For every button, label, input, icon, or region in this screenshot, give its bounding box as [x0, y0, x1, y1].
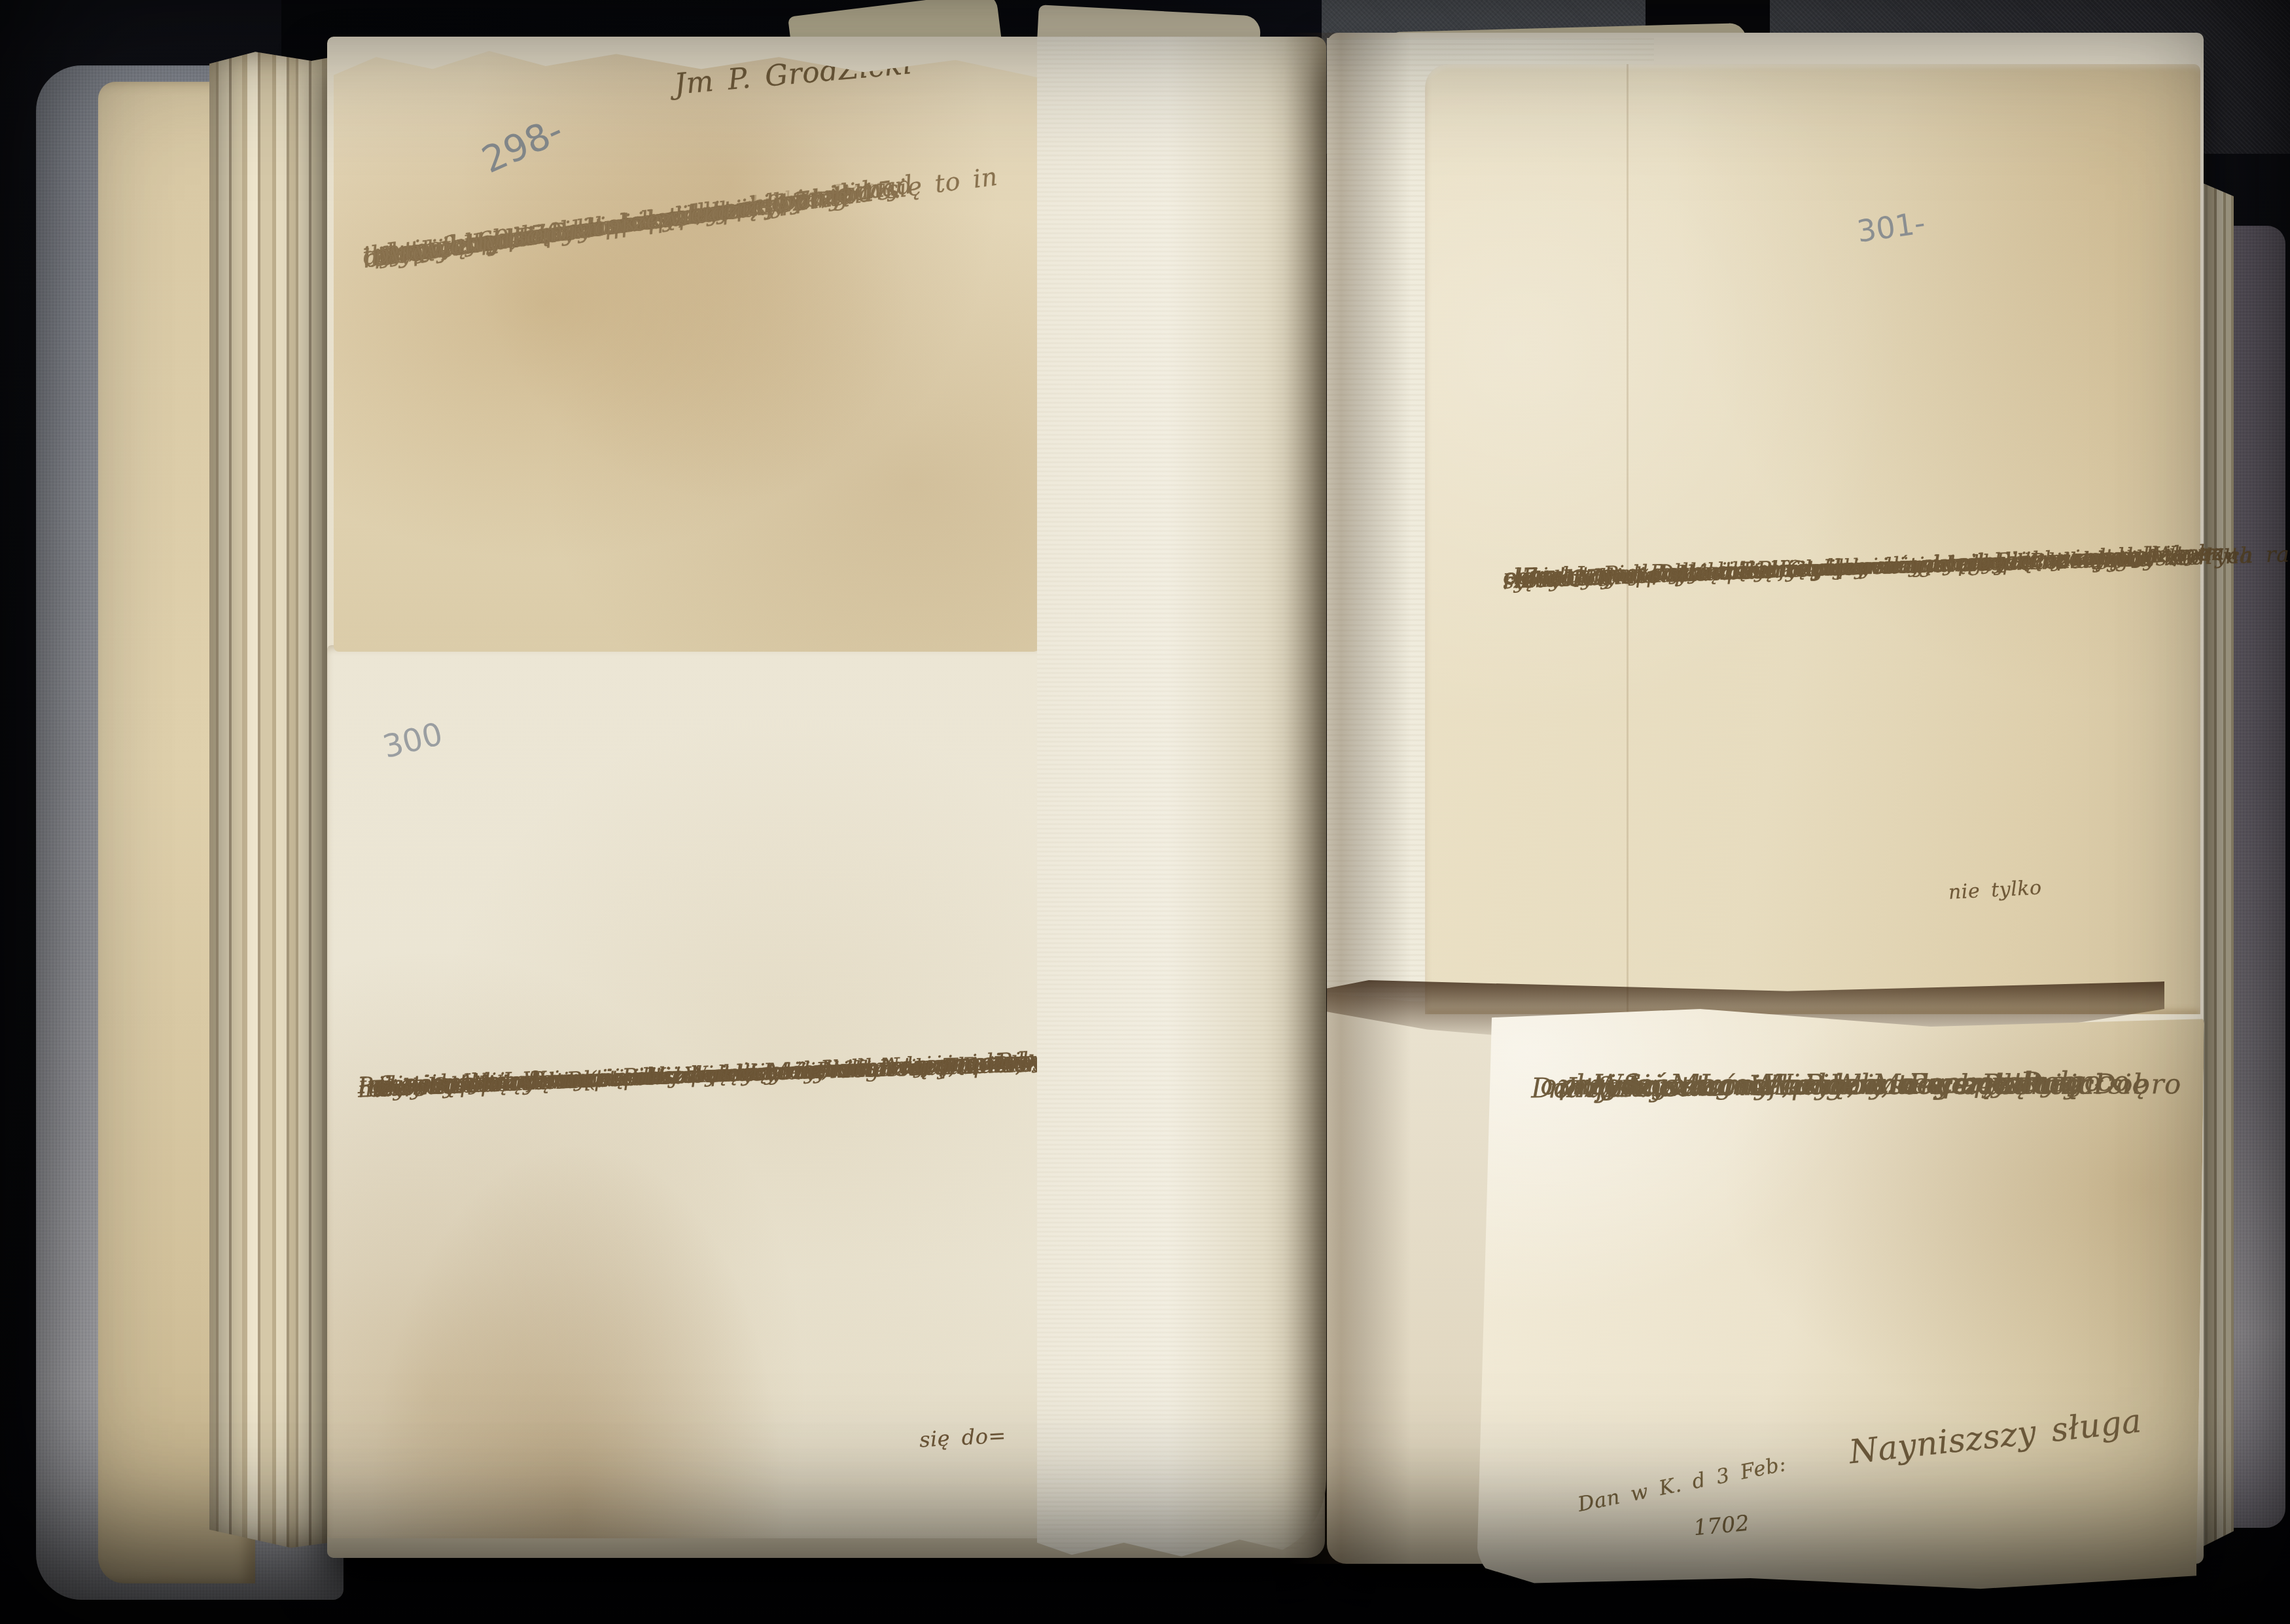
- letter-text-bottom-right: Do tych czas nie podobno co pewnegooznaj…: [1531, 1069, 2153, 1074]
- catchword-bottom-left: się do=: [919, 1425, 1006, 1451]
- left-page: 300 Lubo byś WmmmPan sinistram à Malevol…: [327, 37, 1325, 1558]
- manuscript-line: WSz Mego Wielce Mcego Pana y Dobro: [1594, 1070, 2181, 1120]
- letter-heading: Jm P. GrodZicki: [673, 50, 913, 99]
- letter-text-bottom-left: Lubo byś WmmmPan sinistram à Malevolis e…: [357, 1051, 1037, 1077]
- letter-text-top-right: się do Zamku przeniosł Co gdym uczynił P…: [1502, 544, 2195, 569]
- manuscript-line: budam Depu: [750, 176, 892, 227]
- letter-signature: Nayniszszy sługa: [1848, 1404, 2143, 1468]
- album-guard-leaf-left: [1037, 37, 1326, 1558]
- manuscript-line: z Izby y na stłuczek drzwi zamknął a będ…: [1522, 544, 2148, 598]
- archival-manuscript-photo: 300 Lubo byś WmmmPan sinistram à Malevol…: [0, 0, 2290, 1624]
- manuscript-line: z P. Szpilowskim (et observabant me) nam…: [377, 1048, 1067, 1116]
- letter-date-year: 1702: [1693, 1512, 1751, 1539]
- pasted-sheet-300: 300 Lubo byś WmmmPan sinistram à Malevol…: [327, 645, 1063, 1538]
- catchword-top-right: nie tylko: [1948, 878, 2042, 902]
- pasted-sheet-301: 301- się do Zamku przeniosł Co gdym uczy…: [1425, 64, 2200, 1014]
- pasted-letter-bottom-right: Do tych czas nie podobno co pewnegooznaj…: [1477, 1006, 2204, 1593]
- letter-date-place: Dan w K. d 3 Feb:: [1576, 1455, 1788, 1515]
- page-number-300: 300: [379, 716, 446, 766]
- page-number-298: 298-: [476, 109, 569, 182]
- letter-text-top-left: beczki ale całey beczką, ktora powiadau …: [361, 160, 1010, 246]
- pasted-sheet-298: Jm P. GrodZicki 298- beczki ale całey be…: [334, 51, 1040, 652]
- right-page: 301- się do Zamku przeniosł Co gdym uczy…: [1327, 33, 2204, 1564]
- page-number-301: 301-: [1855, 205, 1928, 249]
